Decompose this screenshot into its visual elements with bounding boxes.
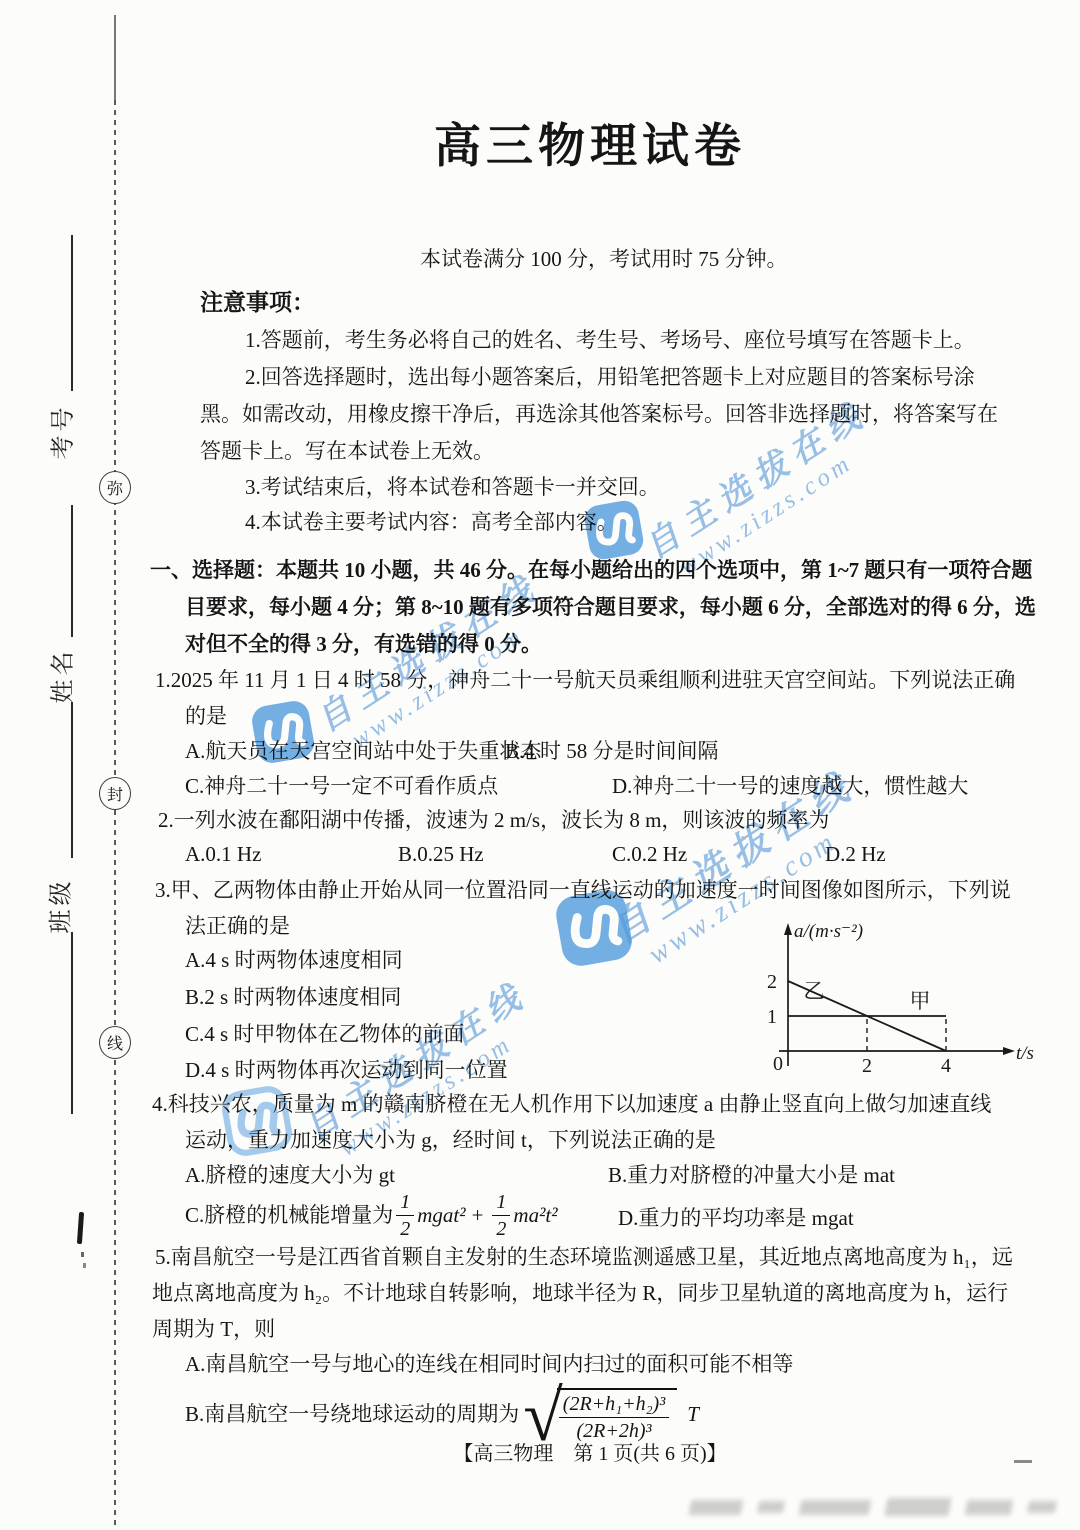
name-blank-line-2 xyxy=(71,702,73,858)
exam-number-blank-line xyxy=(71,235,73,391)
question-1-line: 的是 xyxy=(185,702,227,730)
question-3-option-a: A.4 s 时两物体速度相同 xyxy=(185,946,403,974)
x-axis-label: t/s xyxy=(1016,1043,1034,1064)
question-2-line: 2.一列水波在鄱阳湖中传播，波速为 2 m/s，波长为 8 m，则该波的频率为 xyxy=(158,806,829,834)
question-1-option-d: D.神舟二十一号的速度越大，惯性越大 xyxy=(612,772,968,800)
question-3-line: 法正确的是 xyxy=(185,912,290,940)
y-axis-label: a/(m·s⁻²) xyxy=(794,921,863,942)
option-c-text: C.脐橙的机械能增量为 xyxy=(185,1205,393,1226)
square-root-expression: √ (2R+h₁+h₂)³ (2R+2h)³ xyxy=(523,1385,677,1444)
exam-paper-page: 自主选拔在线 www.zizzs.com 自主选拔在线 www.zizzs.co… xyxy=(0,0,1080,1530)
question-3-option-b: B.2 s 时两物体速度相同 xyxy=(185,983,401,1011)
question-1-option-a: A.航天员在天宫空间站中处于失重状态 xyxy=(185,737,541,765)
question-1-line: 1.2025 年 11 月 1 日 4 时 58 分，神舟二十一号航天员乘组顺利… xyxy=(155,666,1015,694)
margin-dot xyxy=(81,1252,84,1257)
question-4-option-c: C.脐橙的机械能增量为 1 2 mgat² + 1 2 ma²t² xyxy=(185,1192,558,1239)
question-1-option-c: C.神舟二十一号一定不可看作质点 xyxy=(185,772,498,800)
y-axis-arrow xyxy=(784,923,792,935)
x-tick-2: 2 xyxy=(862,1055,872,1077)
notice-line: 1.答题前，考生务必将自己的姓名、考生号、考场号、座位号填写在答题卡上。 xyxy=(245,326,975,354)
section-header-line: 对但不全的得 3 分，有选错的得 0 分。 xyxy=(185,630,542,658)
seal-cut-line-dashed xyxy=(114,100,116,1530)
question-2-option-a: A.0.1 Hz xyxy=(185,840,261,868)
question-1-option-b: B.4 时 58 分是时间间隔 xyxy=(505,737,719,765)
notice-line: 3.考试结束后，将本试卷和答题卡一并交回。 xyxy=(245,473,660,501)
y-tick-1: 1 xyxy=(767,1006,777,1028)
seal-cut-line-solid xyxy=(114,15,116,100)
notice-line: 4.本试卷主要考试内容：高考全部内容。 xyxy=(245,508,618,536)
question-5-line: 5.南昌航空一号是江西省首颗自主发射的生态环境监测遥感卫星，其近地点离地高度为 … xyxy=(155,1243,1013,1271)
acceleration-time-graph: a/(m·s⁻²) t/s 2 1 0 2 4 乙 甲 xyxy=(758,918,1058,1078)
section-header-line: 目要求，每小题 4 分；第 8~10 题有多项符合题目要求，每小题 6 分，全部… xyxy=(185,593,1036,621)
x-axis-arrow xyxy=(1003,1047,1015,1055)
orbit-period-fraction: (2R+h₁+h₂)³ (2R+2h)³ xyxy=(559,1394,669,1441)
notice-heading: 注意事项： xyxy=(200,287,315,318)
paper-subtitle: 本试卷满分 100 分，考试用时 75 分钟。 xyxy=(420,245,788,273)
question-4-option-a: A.脐橙的速度大小为 gt xyxy=(185,1161,395,1189)
margin-dot xyxy=(83,1263,86,1268)
notice-line: 答题卡上。写在本试卷上无效。 xyxy=(200,437,494,465)
seal-stamp-feng: 封 xyxy=(99,777,131,810)
seal-stamp-mi: 弥 xyxy=(99,471,131,504)
watermark: 自主选拔在线 www.zizzs.com xyxy=(305,559,563,764)
question-3-option-d: D.4 s 时两物体再次运动到同一位置 xyxy=(185,1056,508,1084)
option-b-text: B.南昌航空一号绕地球运动的周期为 xyxy=(185,1404,519,1425)
series-jia-label: 甲 xyxy=(910,989,931,1013)
origin-label: 0 xyxy=(773,1053,783,1075)
y-tick-2: 2 xyxy=(767,971,777,993)
notice-line: 黑。如需改动，用橡皮擦干净后，再选涂其他答案标号。回答非选择题时，将答案写在 xyxy=(200,400,998,428)
name-blank-line xyxy=(71,505,73,637)
term-mgat2: mgat² xyxy=(417,1205,465,1226)
paper-title: 高三物理试卷 xyxy=(150,116,1030,179)
term-ma2t2: ma²t² xyxy=(513,1205,557,1226)
question-4-option-d: D.重力的平均功率是 mgat xyxy=(618,1204,854,1232)
question-2-option-d: D.2 Hz xyxy=(825,840,886,868)
series-yi-label: 乙 xyxy=(804,979,825,1003)
question-5-line: 地点离地高度为 h₂。不计地球自转影响，地球半径为 R，同步卫星轨道的离地高度为… xyxy=(152,1279,1008,1307)
question-4-option-b: B.重力对脐橙的冲量大小是 mat xyxy=(608,1161,895,1189)
radicand: (2R+h₁+h₂)³ (2R+2h)³ xyxy=(557,1388,677,1441)
plus-sign: + xyxy=(472,1205,484,1226)
question-4-line: 运动，重力加速度大小为 g，经时间 t，下列说法正确的是 xyxy=(185,1126,716,1154)
question-3-option-c: C.4 s 时甲物体在乙物体的前面 xyxy=(185,1020,464,1048)
section-header-line: 一、选择题：本题共 10 小题，共 46 分。在每小题给出的四个选项中，第 1~… xyxy=(150,556,1032,584)
fraction-one-half: 1 2 xyxy=(492,1192,510,1239)
page-footer: 【高三物理 第 1 页(共 6 页)】 xyxy=(150,1437,1030,1466)
question-3-line: 3.甲、乙两物体由静止开始从同一位置沿同一直线运动的加速度一时间图像如图所示，下… xyxy=(155,876,1011,904)
margin-dash-mark xyxy=(77,1212,84,1244)
exam-number-label: 考号 xyxy=(43,390,78,474)
question-2-option-b: B.0.25 Hz xyxy=(398,840,484,868)
question-5-option-b: B.南昌航空一号绕地球运动的周期为 √ (2R+h₁+h₂)³ (2R+2h)³… xyxy=(185,1385,699,1444)
x-tick-4: 4 xyxy=(941,1055,951,1077)
fraction-one-half: 1 2 xyxy=(396,1192,414,1239)
class-blank-line xyxy=(71,932,73,1114)
period-symbol: T xyxy=(687,1404,699,1425)
seal-stamp-xian: 线 xyxy=(99,1026,131,1059)
notice-line: 2.回答选择题时，选出每小题答案后，用铅笔把答题卡上对应题目的答案标号涂 xyxy=(245,363,975,391)
question-2-option-c: C.0.2 Hz xyxy=(612,840,687,868)
bleed-through-marks xyxy=(690,1492,1080,1522)
question-5-option-a: A.南昌航空一号与地心的连线在相同时间内扫过的面积可能不相等 xyxy=(185,1350,793,1378)
question-5-line: 周期为 T，则 xyxy=(152,1315,275,1343)
question-4-line: 4.科技兴农，质量为 m 的赣南脐橙在无人机作用下以加速度 a 由静止竖直向上做… xyxy=(152,1090,991,1118)
